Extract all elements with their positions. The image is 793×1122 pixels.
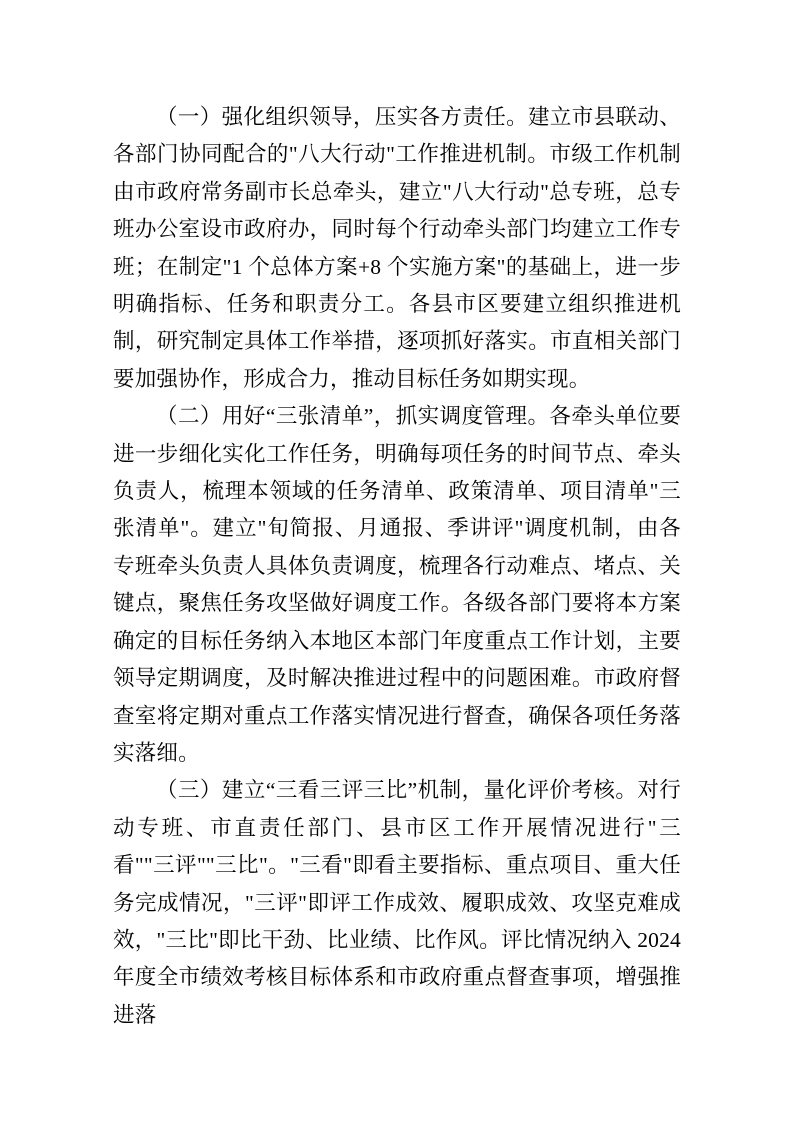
paragraph-3-body: 对行动专班、市直责任部门、县市区工作开展情况进行"三看""三评""三比"。"三看… [113, 778, 681, 1026]
paragraph-3: （三）建立“三看三评三比”机制，量化评价考核。对行动专班、市直责任部门、县市区工… [113, 772, 681, 1034]
paragraph-1: （一）强化组织领导，压实各方责任。建立市县联动、各部门协同配合的"八大行动"工作… [113, 99, 681, 398]
paragraph-2-body: 各牵头单位要进一步细化实化工作任务，明确每项任务的时间节点、牵头负责人，梳理本领… [113, 404, 681, 765]
paragraph-3-heading: （三）建立“三看三评三比”机制，量化评价考核。 [156, 778, 637, 802]
document-body: （一）强化组织领导，压实各方责任。建立市县联动、各部门协同配合的"八大行动"工作… [113, 99, 681, 1034]
paragraph-1-heading: （一）强化组织领导，压实各方责任。 [156, 105, 528, 129]
paragraph-2-heading: （二）用好“三张清单”，抓实调度管理。 [156, 404, 549, 428]
paragraph-2: （二）用好“三张清单”，抓实调度管理。各牵头单位要进一步细化实化工作任务，明确每… [113, 398, 681, 772]
paragraph-1-body: 建立市县联动、各部门协同配合的"八大行动"工作推进机制。市级工作机制由市政府常务… [113, 105, 681, 391]
document-page: （一）强化组织领导，压实各方责任。建立市县联动、各部门协同配合的"八大行动"工作… [0, 0, 793, 1122]
